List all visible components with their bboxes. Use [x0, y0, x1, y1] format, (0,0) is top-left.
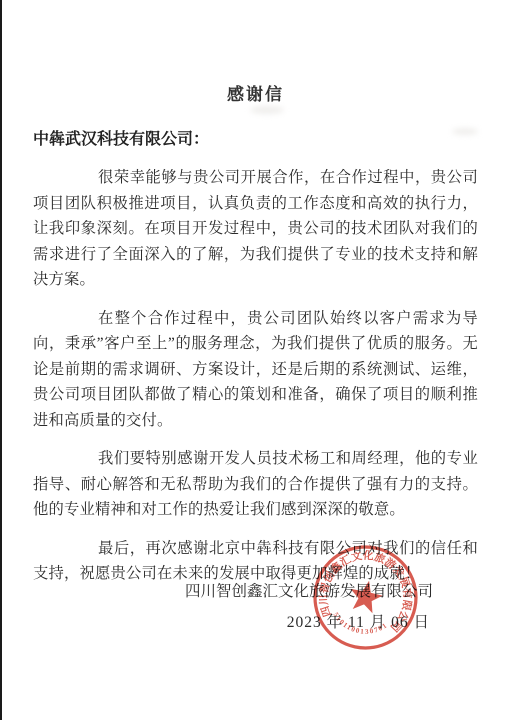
seal-serial-number: 5101100130701: [329, 610, 391, 641]
letter-paragraph: 很荣幸能够与贵公司开展合作，在合作过程中，贵公司项目团队积极推进项目，认真负责的…: [33, 165, 478, 293]
letter-title: 感谢信: [33, 81, 478, 109]
letter-paragraph: 在整个合作过程中，贵公司团队始终以客户需求为导向，秉承”客户至上”的服务理念，为…: [33, 306, 478, 434]
recipient-salutation: 中犇武汉科技有限公司：: [33, 127, 478, 152]
letter-body: 感谢信 中犇武汉科技有限公司： 很荣幸能够与贵公司开展合作，在合作过程中，贵公司…: [33, 0, 478, 587]
letter-paragraph: 我们要特别感谢开发人员技术杨工和周经理，他的专业指导、耐心解答和无私帮助为我们的…: [33, 446, 478, 523]
star-icon: [347, 577, 385, 614]
company-seal-stamp: 四川智创鑫汇文化旅游发展有限公司 5101100130701: [302, 534, 429, 661]
letter-document: 感谢信 中犇武汉科技有限公司： 很荣幸能够与贵公司开展合作，在合作过程中，贵公司…: [0, 0, 512, 720]
scan-edge-strip: [0, 0, 2, 720]
